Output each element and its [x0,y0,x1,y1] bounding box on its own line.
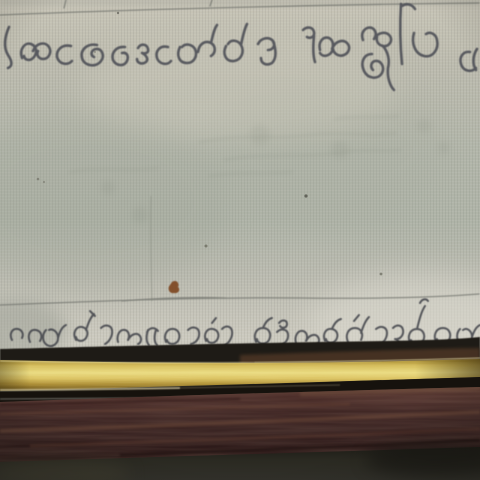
framed-manuscript-photo [0,0,480,480]
vignette-overlay [0,0,480,480]
photo-canvas [0,0,480,480]
